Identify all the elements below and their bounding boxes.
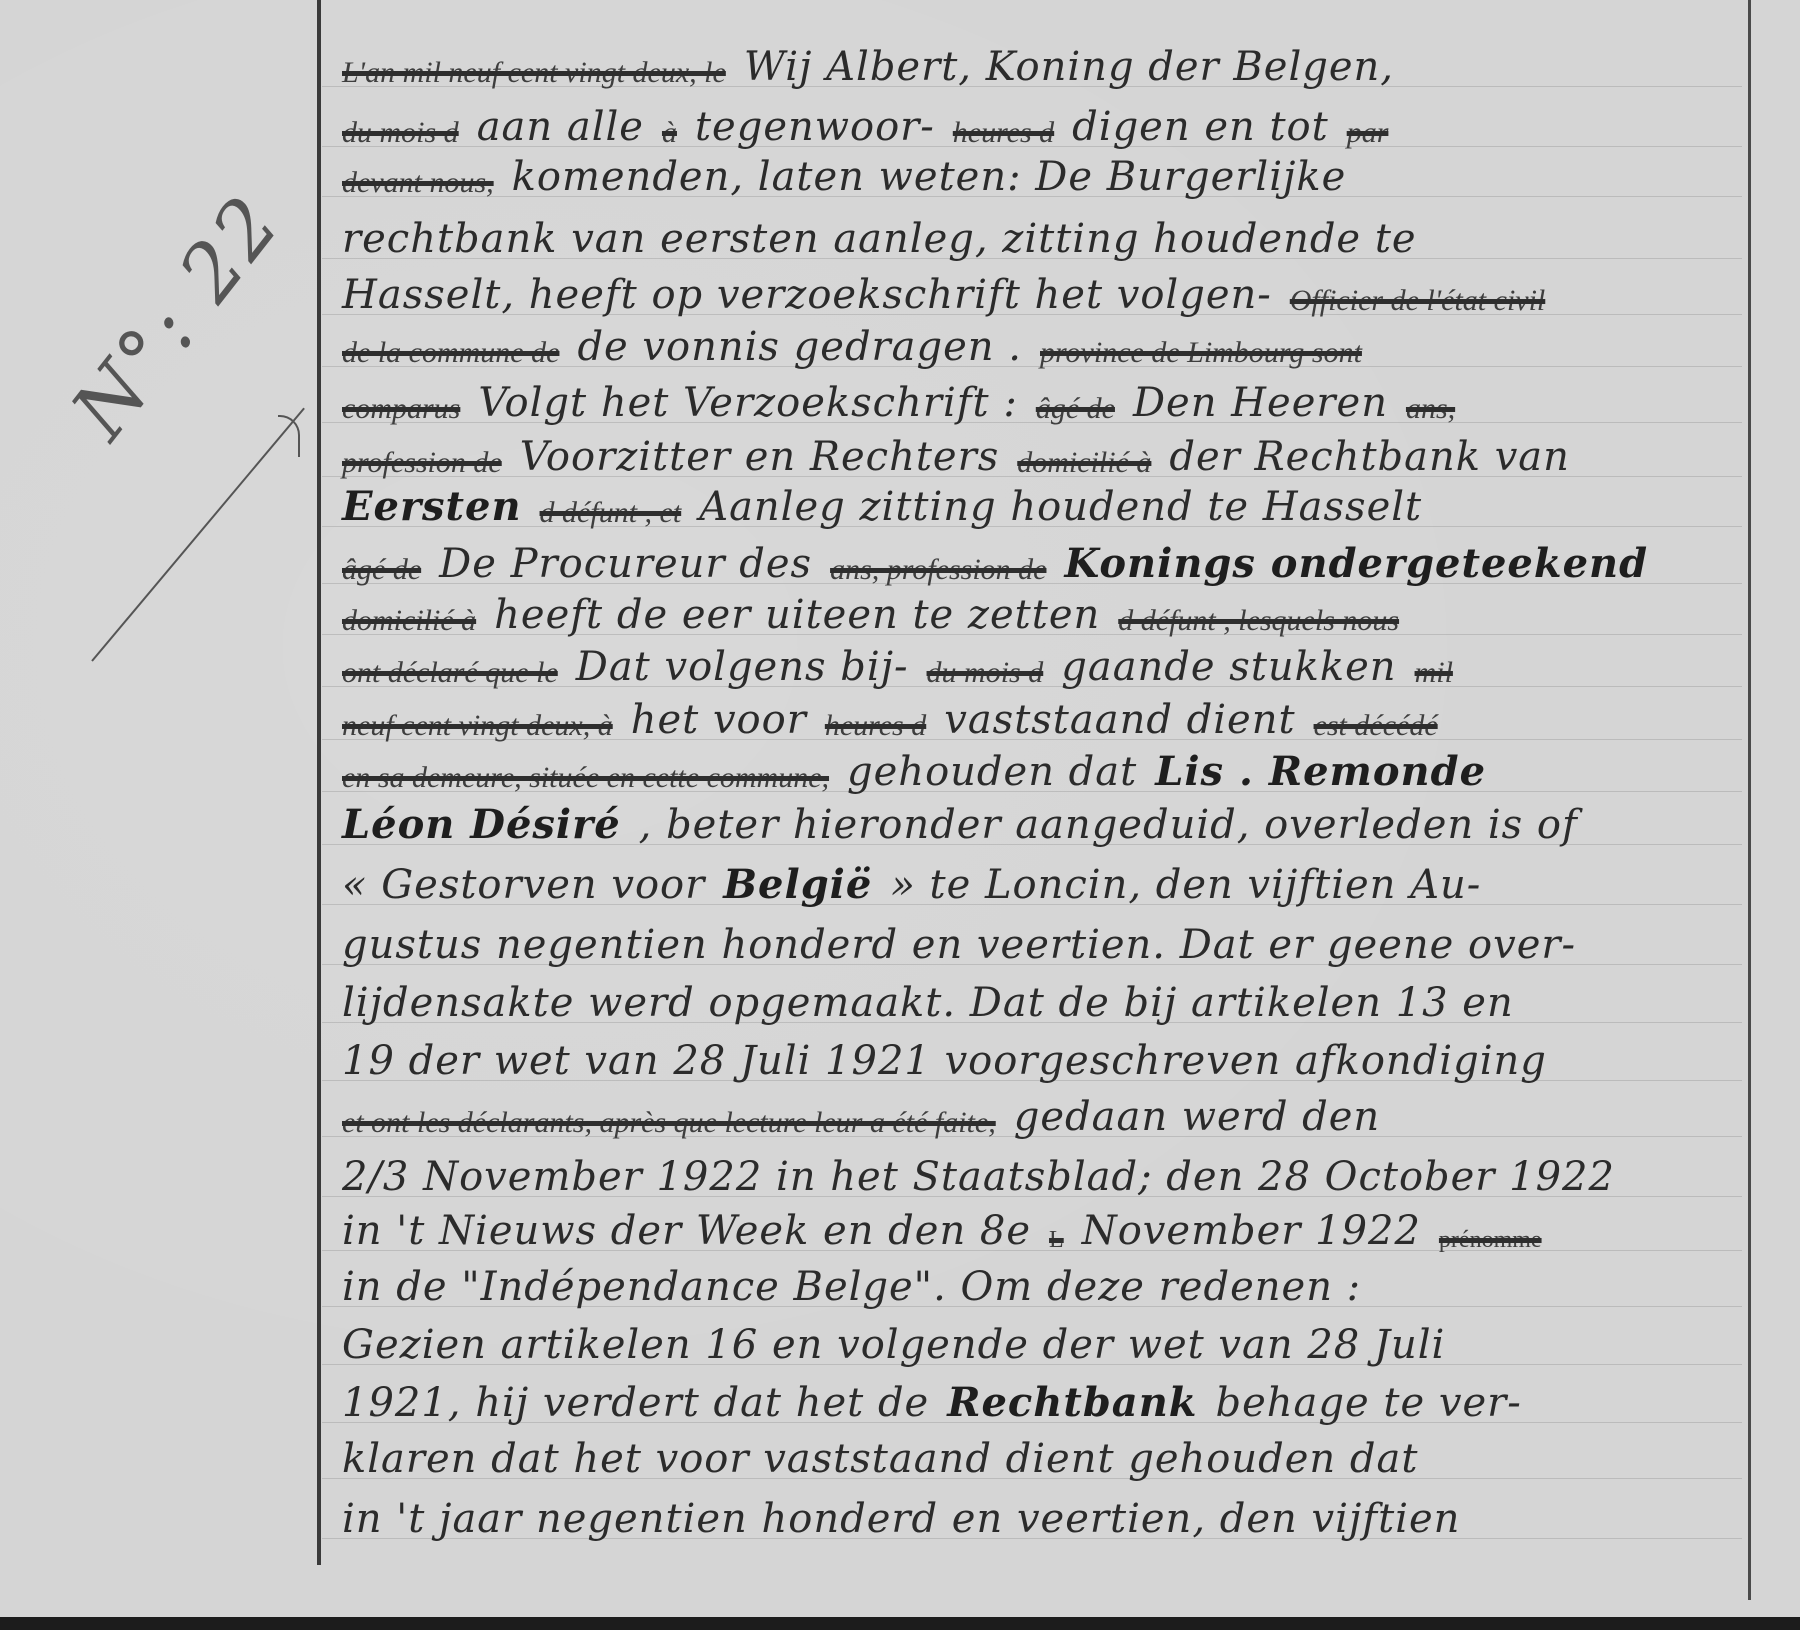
- text-line: Léon Désiré, beter hieronder aangeduid, …: [342, 788, 1742, 848]
- handwritten-text: in de "Indépendance Belge". Om deze rede…: [342, 1264, 1361, 1310]
- handwritten-text: klaren dat het voor vaststaand dient geh…: [342, 1436, 1418, 1482]
- text-line: de la commune dede vonnis gedragen .prov…: [342, 310, 1742, 370]
- handwritten-text: behage te ver-: [1216, 1380, 1522, 1426]
- struck-printed-text: et ont les déclarants, après que lecture…: [342, 1106, 996, 1140]
- text-line: comparusVolgt het Verzoekschrift :âgé de…: [342, 366, 1742, 426]
- handwritten-text: gedaan werd den: [1014, 1094, 1380, 1140]
- handwritten-text: Aanleg zitting houdend te Hasselt: [699, 484, 1422, 530]
- handwritten-text: in 't jaar negentien honderd en veertien…: [342, 1496, 1460, 1542]
- text-line: rechtbank van eersten aanleg, zitting ho…: [342, 202, 1742, 262]
- struck-printed-text: devant nous,: [342, 166, 494, 200]
- handwritten-text: de vonnis gedragen .: [577, 324, 1022, 370]
- handwritten-text: gustus negentien honderd en veertien. Da…: [342, 922, 1576, 968]
- text-line: klaren dat het voor vaststaand dient geh…: [342, 1422, 1742, 1482]
- page-bottom-edge: [0, 1617, 1800, 1630]
- handwritten-text: 1921, hij verdert dat het de: [342, 1380, 929, 1426]
- handwritten-text: « Gestorven voor: [342, 862, 705, 908]
- text-line: Hasselt, heeft op verzoekschrift het vol…: [342, 258, 1742, 318]
- text-line: 1921, hij verdert dat het deRechtbankbeh…: [342, 1366, 1742, 1426]
- text-line: Gezien artikelen 16 en volgende der wet …: [342, 1308, 1742, 1368]
- handwritten-text: lijdensakte werd opgemaakt. Dat de bij a…: [342, 980, 1514, 1026]
- struck-printed-text: province de Limbourg sont: [1040, 336, 1362, 370]
- text-line: ont déclaré que leDat volgens bij-du moi…: [342, 630, 1742, 690]
- handwritten-text: Gezien artikelen 16 en volgende der wet …: [342, 1322, 1445, 1368]
- handwritten-text: in 't Nieuws der Week en den 8e: [342, 1208, 1031, 1254]
- handwritten-text: Rechtbank: [947, 1379, 1197, 1426]
- text-line: « Gestorven voorBelgië» te Loncin, den v…: [342, 848, 1742, 908]
- handwritten-text: , beter hieronder aangeduid, overleden i…: [639, 802, 1578, 848]
- text-line: in 't Nieuws der Week en den 8eLNovember…: [342, 1194, 1742, 1254]
- handwritten-text: België: [723, 861, 872, 908]
- handwritten-text: Eersten: [342, 483, 522, 530]
- handwritten-text: November 1922: [1082, 1208, 1421, 1254]
- text-line: 2/3 November 1922 in het Staatsblad; den…: [342, 1140, 1742, 1200]
- text-line: 19 der wet van 28 Juli 1921 voorgeschrev…: [342, 1024, 1742, 1084]
- handwritten-text: Wij Albert, Koning der Belgen,: [744, 44, 1394, 90]
- struck-printed-text: de la commune de: [342, 336, 559, 370]
- text-line: gustus negentien honderd en veertien. Da…: [342, 908, 1742, 968]
- left-margin-line: [317, 0, 321, 1565]
- text-line: en sa demeure, située en cette commune,g…: [342, 735, 1742, 795]
- handwritten-text: 19 der wet van 28 Juli 1921 voorgeschrev…: [342, 1038, 1547, 1084]
- text-line: neuf cent vingt deux, àhet voorheures dv…: [342, 683, 1742, 743]
- text-line: et ont les déclarants, après que lecture…: [342, 1080, 1742, 1140]
- struck-printed-text: d défunt , et: [540, 496, 682, 530]
- handwritten-text: » te Loncin, den vijftien Au-: [890, 862, 1481, 908]
- handwritten-text: komenden, laten weten: De Burgerlijke: [512, 154, 1347, 200]
- handwritten-text: Léon Désiré: [342, 801, 621, 848]
- text-line: domicilié àheeft de eer uiteen te zetten…: [342, 578, 1742, 638]
- right-margin-line: [1748, 0, 1751, 1600]
- text-line: Eerstend défunt , etAanleg zitting houde…: [342, 470, 1742, 530]
- text-line: lijdensakte werd opgemaakt. Dat de bij a…: [342, 966, 1742, 1026]
- text-line: in 't jaar negentien honderd en veertien…: [342, 1482, 1742, 1542]
- text-line: devant nous,komenden, laten weten: De Bu…: [342, 140, 1742, 200]
- text-line: L'an mil neuf cent vingt deux, leWij Alb…: [342, 30, 1742, 90]
- handwritten-text: rechtbank van eersten aanleg, zitting ho…: [342, 216, 1417, 262]
- struck-printed-text: L'an mil neuf cent vingt deux, le: [342, 56, 726, 90]
- text-line: in de "Indépendance Belge". Om deze rede…: [342, 1250, 1742, 1310]
